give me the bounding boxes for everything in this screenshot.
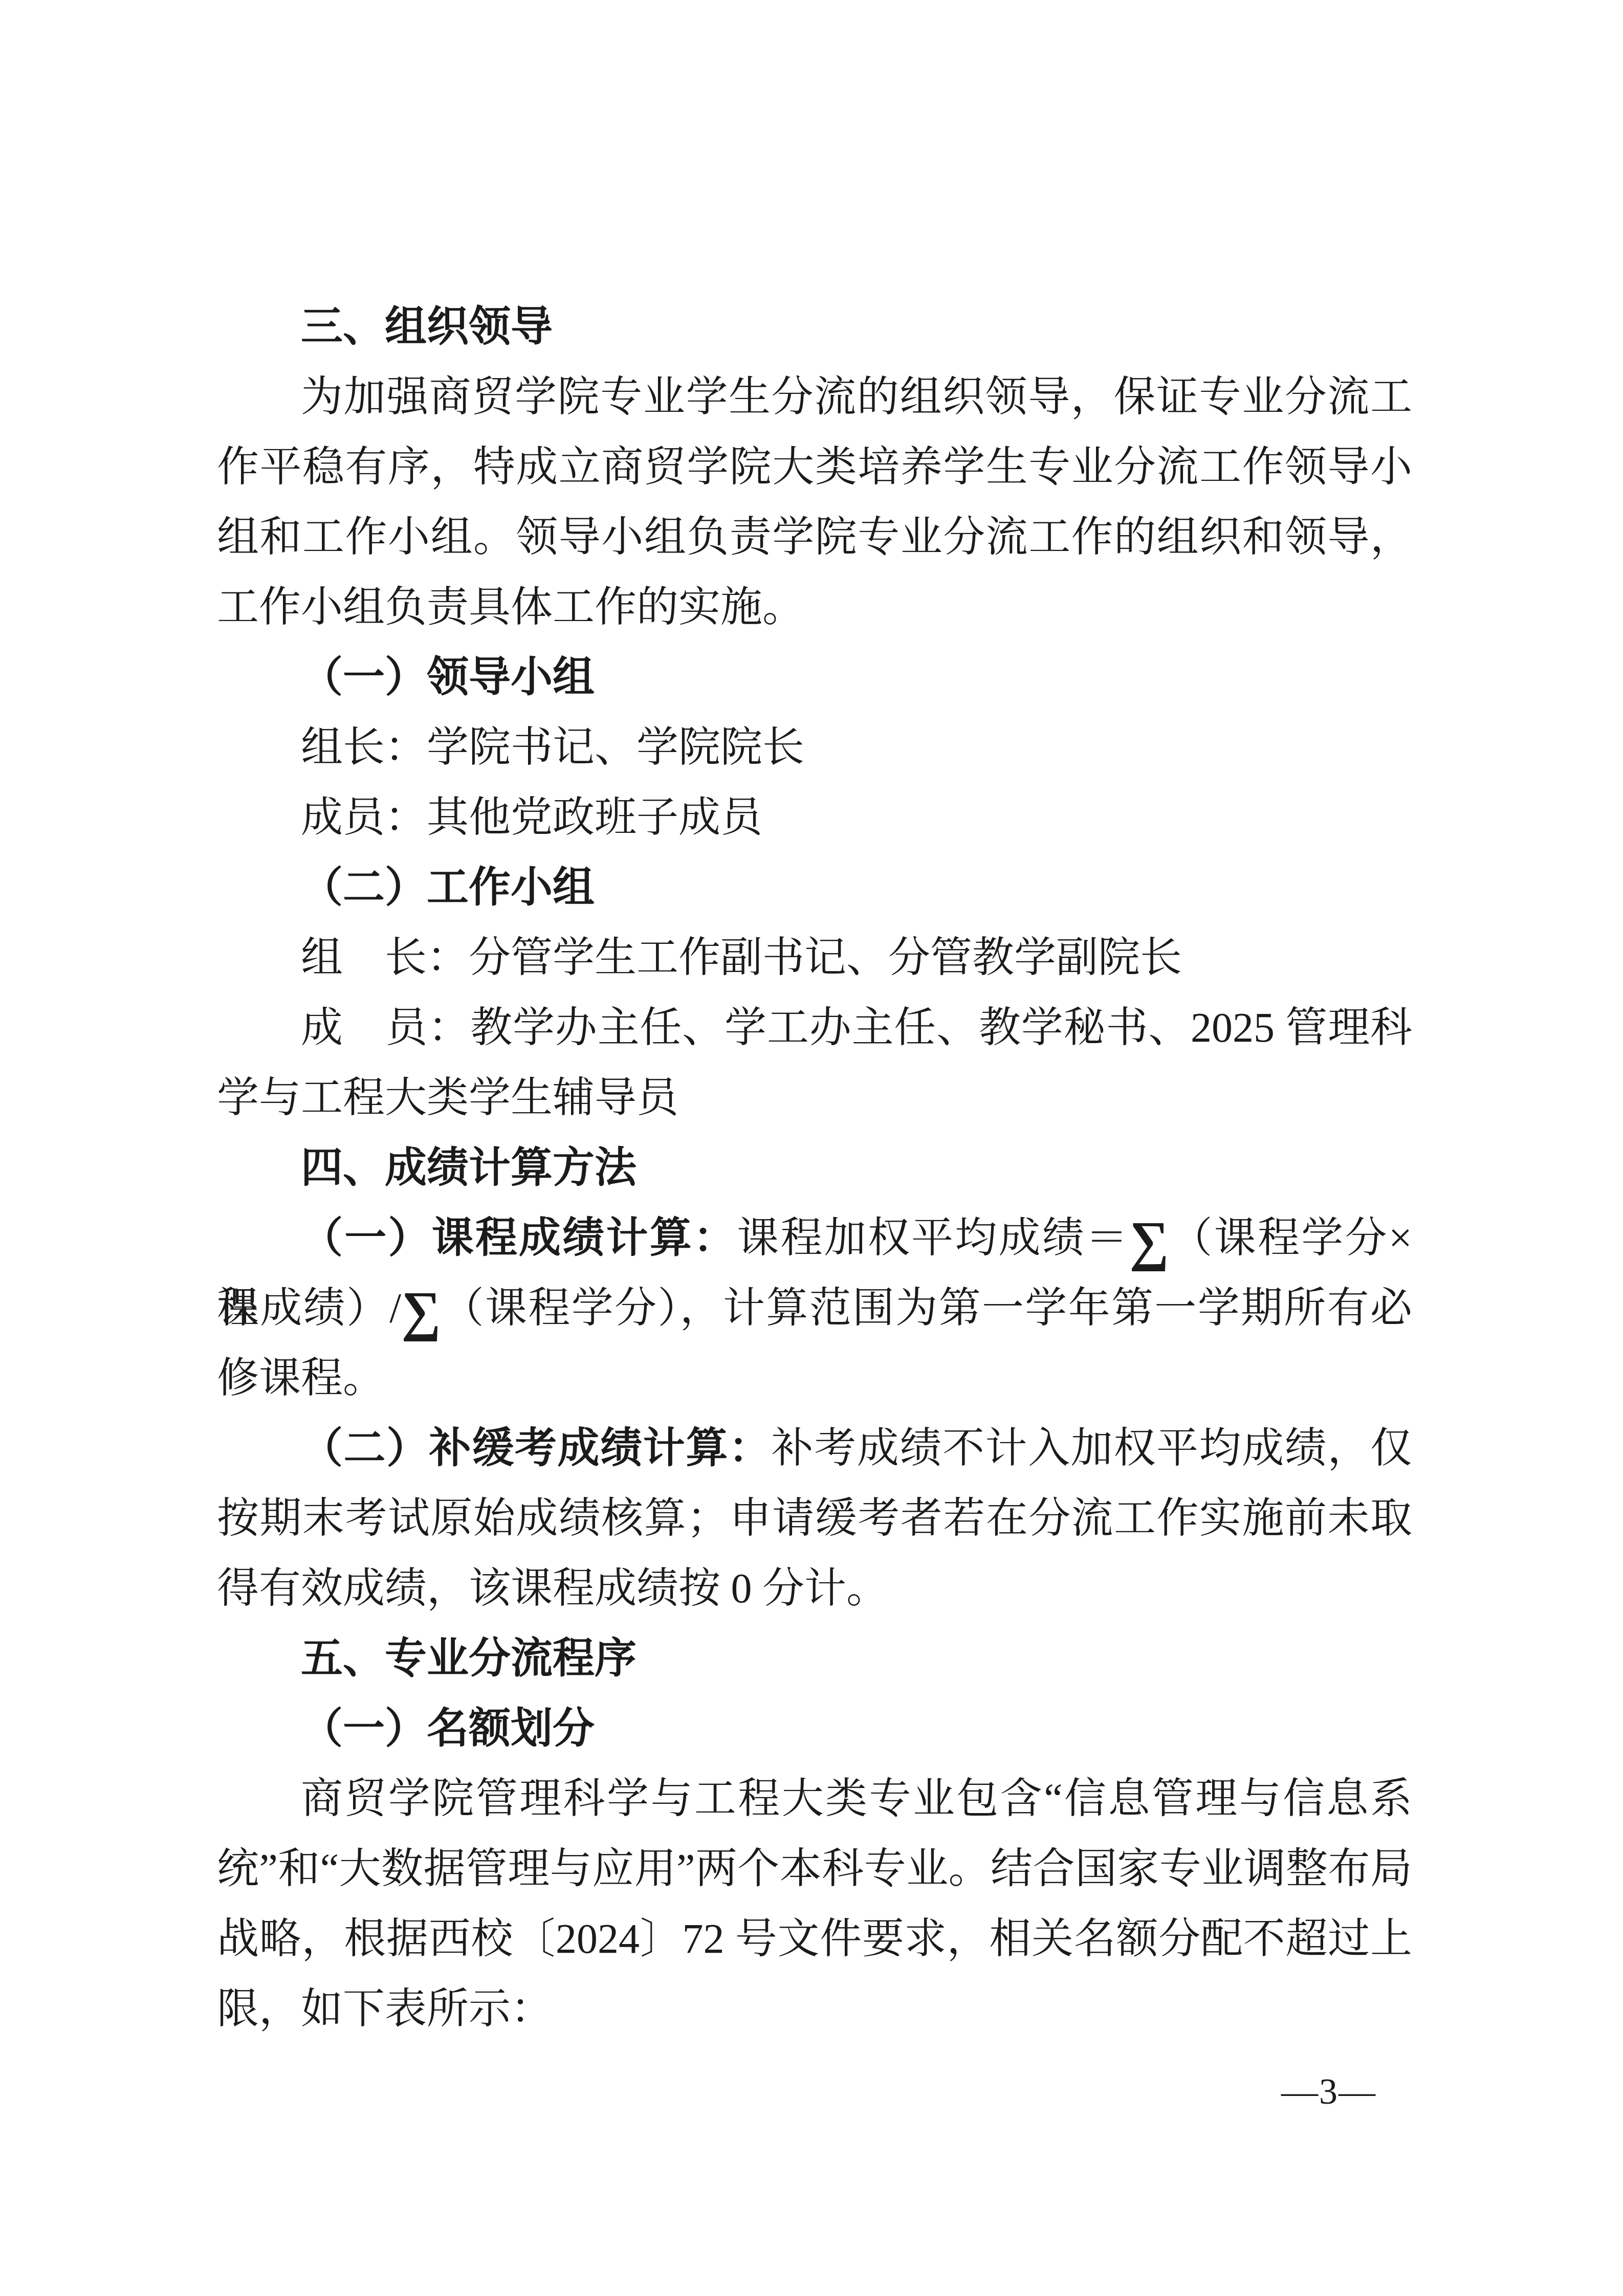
course-calc-formula-text: 课程加权平均成绩＝ xyxy=(737,1215,1129,1261)
section-4-heading: 四、成绩计算方法 xyxy=(217,1133,1412,1203)
document-page: 三、组织领导 为加强商贸学院专业学生分流的组织领导，保证专业分流工 作平稳有序，… xyxy=(0,0,1623,2296)
working-group-subheading: （二）工作小组 xyxy=(217,852,1412,922)
working-group-members-line-1: 成 员：教学办主任、学工办主任、教学秘书、2025 管理科 xyxy=(217,992,1412,1063)
course-calc-line-1: （一）课程成绩计算：课程加权平均成绩＝∑（课程学分×课 xyxy=(217,1203,1412,1273)
makeup-calc-line-2: 按期末考试原始成绩核算；申请缓考者若在分流工作实施前未取 xyxy=(217,1483,1412,1553)
course-calc-line-2: 程成绩）/∑（课程学分），计算范围为第一学年第一学期所有必 xyxy=(217,1273,1412,1343)
quota-para-line-1: 商贸学院管理科学与工程大类专业包含“信息管理与信息系 xyxy=(217,1763,1412,1834)
leading-group-subheading: （一）领导小组 xyxy=(217,642,1412,712)
document-body: 三、组织领导 为加强商贸学院专业学生分流的组织领导，保证专业分流工 作平稳有序，… xyxy=(217,292,1412,2044)
section-5-heading: 五、专业分流程序 xyxy=(217,1623,1412,1693)
course-calc-formula-text: （课程学分），计算范围为第一学年第一学期所有必 xyxy=(441,1285,1412,1331)
section-3-intro-line-3: 组和工作小组。领导小组负责学院专业分流工作的组织和领导， xyxy=(217,502,1412,572)
quota-para-line-3: 战略，根据西校〔2024〕72 号文件要求，相关名额分配不超过上 xyxy=(217,1904,1412,1974)
sigma-symbol: ∑ xyxy=(1129,1211,1169,1272)
makeup-calc-lead: （二）补缓考成绩计算： xyxy=(301,1425,772,1471)
makeup-calc-line-1: （二）补缓考成绩计算：补考成绩不计入加权平均成绩，仅 xyxy=(217,1413,1412,1483)
makeup-calc-text: 补考成绩不计入加权平均成绩，仅 xyxy=(772,1425,1412,1471)
page-number: —3— xyxy=(1281,2066,1376,2117)
course-calc-lead: （一）课程成绩计算： xyxy=(301,1215,737,1261)
leading-group-members-line: 成员：其他党政班子成员 xyxy=(217,782,1412,852)
course-calc-line-3: 修课程。 xyxy=(217,1343,1412,1413)
working-group-leader-line: 组 长：分管学生工作副书记、分管教学副院长 xyxy=(217,922,1412,992)
section-3-intro-line-2: 作平稳有序，特成立商贸学院大类培养学生专业分流工作领导小 xyxy=(217,432,1412,502)
makeup-calc-line-3: 得有效成绩，该课程成绩按 0 分计。 xyxy=(217,1553,1412,1623)
course-calc-formula-text: 程成绩）/ xyxy=(217,1285,401,1331)
sigma-symbol: ∑ xyxy=(401,1281,441,1342)
quota-para-line-2: 统”和“大数据管理与应用”两个本科专业。结合国家专业调整布局 xyxy=(217,1834,1412,1904)
section-3-heading: 三、组织领导 xyxy=(217,292,1412,362)
working-group-members-line-2: 学与工程大类学生辅导员 xyxy=(217,1063,1412,1133)
quota-subheading: （一）名额划分 xyxy=(217,1693,1412,1763)
section-3-intro-line-1: 为加强商贸学院专业学生分流的组织领导，保证专业分流工 xyxy=(217,362,1412,432)
quota-para-line-4: 限，如下表所示： xyxy=(217,1974,1412,2044)
section-3-intro-line-4: 工作小组负责具体工作的实施。 xyxy=(217,572,1412,642)
leading-group-leader-line: 组长：学院书记、学院院长 xyxy=(217,712,1412,782)
